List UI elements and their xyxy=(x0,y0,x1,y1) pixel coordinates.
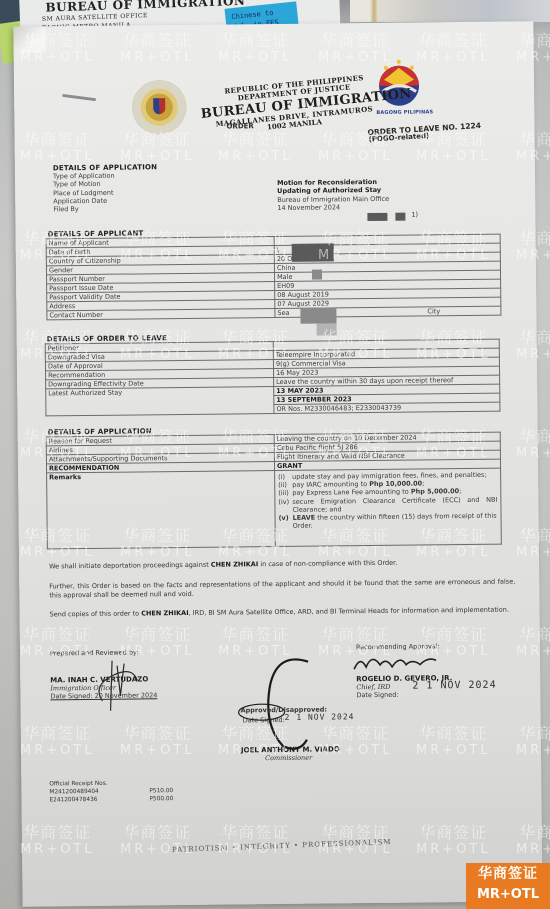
table-row: Remarks (i)update stay and pay immigrati… xyxy=(47,468,502,549)
signature-vertudazo-icon xyxy=(82,655,153,716)
redaction xyxy=(300,307,336,323)
badge-en: MR+OTL xyxy=(466,885,550,905)
label: Filed By xyxy=(53,205,115,214)
application-values: Motion for Reconsideration Updating of A… xyxy=(277,178,389,212)
badge-zh: 华商签证 xyxy=(466,863,550,885)
remark-item: (v)LEAVE the country within fifteen (15)… xyxy=(279,512,498,531)
recommending-date-stamp: 2 1 NOV 2024 xyxy=(412,680,496,692)
value: OR Nos. M2330046483; E2330043739 xyxy=(274,402,500,413)
label: Latest Authorized Stay xyxy=(46,387,274,416)
receipt-row: E241200478436P500.00 xyxy=(49,795,173,804)
remarks-list: (i)update stay and pay immigration fees,… xyxy=(275,468,502,546)
redaction xyxy=(292,243,334,261)
order-to-leave-table: Petitioner Downgraded VisaTeleempire Inc… xyxy=(45,339,501,417)
application-request-table: Reason for RequestLeaving the country on… xyxy=(46,432,502,550)
watermark-badge: 华商签证 MR+OTL xyxy=(466,863,550,909)
background-papers xyxy=(350,0,550,22)
approval-date-label: Date Signed: xyxy=(243,716,285,724)
label: Type of Application xyxy=(53,172,115,181)
signature-gevero-icon xyxy=(350,650,440,677)
order-title: ORDER xyxy=(226,122,253,130)
footer-motto: PATRIOTISM • INTEGRITY • PROFESSIONALISM xyxy=(172,838,392,854)
paragraph-further: Further, this Order is based on the fact… xyxy=(49,578,515,601)
recommending-date: Date Signed: xyxy=(356,690,452,699)
commissioner-role: Commissioner xyxy=(241,753,340,762)
value: Sea xyxy=(277,309,289,317)
redaction xyxy=(312,270,322,280)
redaction xyxy=(317,323,337,335)
commissioner-signatory: JOEL ANTHONY M. VIADO Commissioner xyxy=(241,745,340,762)
page-curl xyxy=(13,26,45,52)
redaction xyxy=(395,213,405,221)
approval-date-stamp: 2 1 NOV 2024 xyxy=(285,712,355,722)
application-labels: Type of Application Type of Motion Place… xyxy=(53,172,115,214)
label: Application Date xyxy=(53,197,115,206)
applicant-table: Name of Applicant Date of Birth\ Country… xyxy=(46,234,502,321)
paragraph-copies: Send copies of this order to CHEN ZHIKAI… xyxy=(50,606,516,620)
label: Contact Number xyxy=(47,309,275,320)
paragraph-deportation: We shall initiate deportation proceeding… xyxy=(49,558,515,572)
value-suffix: City xyxy=(427,307,440,315)
redaction xyxy=(367,213,387,221)
bureau-seal-icon xyxy=(132,80,187,135)
remarks-label: Remarks xyxy=(47,471,276,549)
order-document: BAGONG PILIPINAS REPUBLIC OF THE PHILIPP… xyxy=(13,21,542,906)
value: 14 November 2024 xyxy=(277,203,389,212)
official-receipts: Official Receipt Nos. M241200489404P510.… xyxy=(49,779,173,804)
staple-icon xyxy=(62,94,96,101)
filed-by-suffix: 1) xyxy=(411,211,418,219)
